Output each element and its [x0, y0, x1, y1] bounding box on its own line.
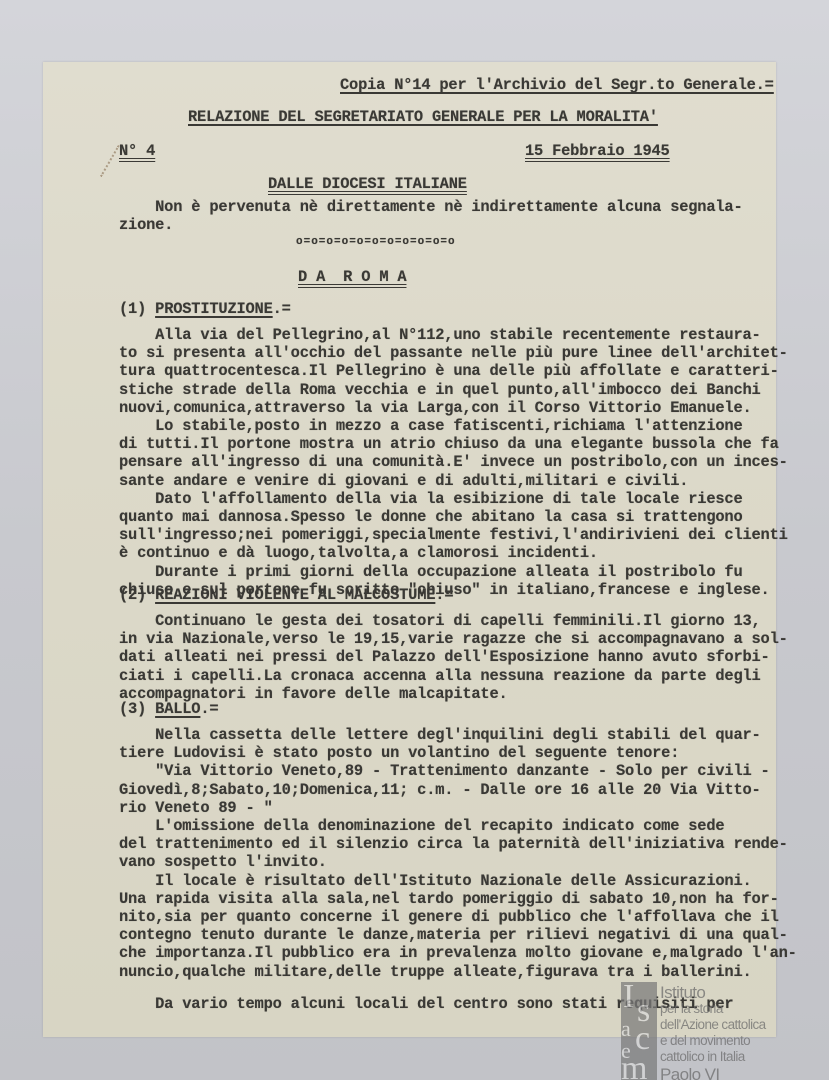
item-text-line: stiche strade della Roma vecchia e in qu… [119, 381, 761, 399]
item-title: BALLO [155, 700, 200, 718]
item-text-line: Lo stabile,posto in mezzo a case fatisce… [119, 417, 742, 435]
item-suffix: .= [435, 586, 453, 604]
item-text-line: ciati i capelli.La cronaca accenna alla … [119, 667, 761, 685]
logo-mark: I s a c e m [621, 982, 657, 1080]
item-text-line: contegno tenuto durante le danze,materia… [119, 926, 788, 944]
section-line: Non è pervenuta nè direttamente nè indir… [119, 198, 742, 216]
item-number: (3) [119, 700, 146, 718]
logo-text-line: cattolico in Italia [660, 1050, 745, 1064]
item-text-line: di tutti.Il portone mostra un atrio chiu… [119, 435, 779, 453]
item-text-line: sante andare e venire di giovani e di ad… [119, 472, 688, 490]
item-text-line: Dato l'affollamento della via la esibizi… [119, 490, 742, 508]
item-text-line: tura quattrocentesca.Il Pellegrino è una… [119, 362, 779, 380]
item-text-line: nuncio,qualche militare,delle truppe all… [119, 963, 752, 981]
item-title: PROSTITUZIONE [155, 300, 272, 318]
item-text-line: che importanza.Il pubblico era in preval… [119, 944, 797, 962]
item-heading: (1) PROSTITUZIONE.= [119, 300, 291, 318]
logo-text-line: dell'Azione cattolica [660, 1018, 766, 1032]
item-text-line: rio Veneto 89 - " [119, 799, 273, 817]
logo-text-line: Istituto [660, 984, 705, 1001]
item-text-line: nito,sia per quanto concerne il genere d… [119, 908, 779, 926]
item-text-line: Una rapida visita alla sala,nel tardo po… [119, 890, 779, 908]
document-date: 15 Febbraio 1945 [525, 142, 670, 160]
copy-note: Copia N°14 per l'Archivio del Segr.to Ge… [340, 76, 774, 94]
item-text-line: del trattenimento ed il silenzio circa l… [119, 835, 788, 853]
document-page: Copia N°14 per l'Archivio del Segr.to Ge… [43, 62, 776, 1037]
item-text-line: quanto mai dannosa.Spesso le donne che a… [119, 508, 742, 526]
separator: o=o=o=o=o=o=o=o=o=o=o [296, 236, 456, 248]
logo-text-line: Paolo VI [660, 1066, 719, 1080]
item-text-line: Alla via del Pellegrino,al N°112,uno sta… [119, 326, 761, 344]
item-text-line: nuovi,comunica,attraverso la via Larga,c… [119, 399, 752, 417]
item-text-line: Continuano le gesta dei tosatori di cape… [119, 612, 761, 630]
item-text-line: Giovedì,8;Sabato,10;Domenica,11; c.m. - … [119, 781, 761, 799]
item-text-line: Il locale è risultato dell'Istituto Nazi… [119, 872, 752, 890]
document-number: N° 4 [119, 142, 155, 160]
item-text-line: L'omissione della denominazione del reca… [119, 817, 724, 835]
archive-logo-watermark: I s a c e m Istituto per la storia dell'… [621, 982, 829, 1080]
item-text-line: pensare all'ingresso di una comunità.E' … [119, 453, 788, 471]
logo-text-line: per la storia [660, 1002, 723, 1016]
section-heading-diocesi: DALLE DIOCESI ITALIANE [268, 175, 467, 193]
item-text-line: to si presenta all'occhio del passante n… [119, 344, 788, 362]
item-text-line: è continuo e dà luogo,talvolta,a clamoro… [119, 544, 598, 562]
item-text-line: tiere Ludovisi è stato posto un volantin… [119, 744, 679, 762]
section-line: zione. [119, 216, 173, 234]
item-text-line: Durante i primi giorni della occupazione… [119, 563, 742, 581]
item-number: (2) [119, 586, 146, 604]
item-text-line: Nella cassetta delle lettere degl'inquil… [119, 726, 761, 744]
item-title: REAZIONI VIOLENTE AL MALCOSTUME [155, 586, 435, 604]
section-heading-roma: D A R O M A [298, 268, 406, 286]
item-heading: (3) BALLO.= [119, 700, 218, 718]
item-text-line: vano sospetto l'invito. [119, 853, 327, 871]
logo-text-line: e del movimento [660, 1034, 750, 1048]
item-text-line: dati alleati nei pressi del Palazzo dell… [119, 648, 770, 666]
item-heading: (2) REAZIONI VIOLENTE AL MALCOSTUME.= [119, 586, 453, 604]
item-text-line: in via Nazionale,verso le 19,15,varie ra… [119, 630, 788, 648]
document-title: RELAZIONE DEL SEGRETARIATO GENERALE PER … [188, 108, 658, 126]
item-suffix: .= [200, 700, 218, 718]
item-text-line: sull'ingresso;nei pomeriggi,specialmente… [119, 526, 788, 544]
item-suffix: .= [273, 300, 291, 318]
item-text-line: "Via Vittorio Veneto,89 - Trattenimento … [119, 762, 770, 780]
item-number: (1) [119, 300, 146, 318]
